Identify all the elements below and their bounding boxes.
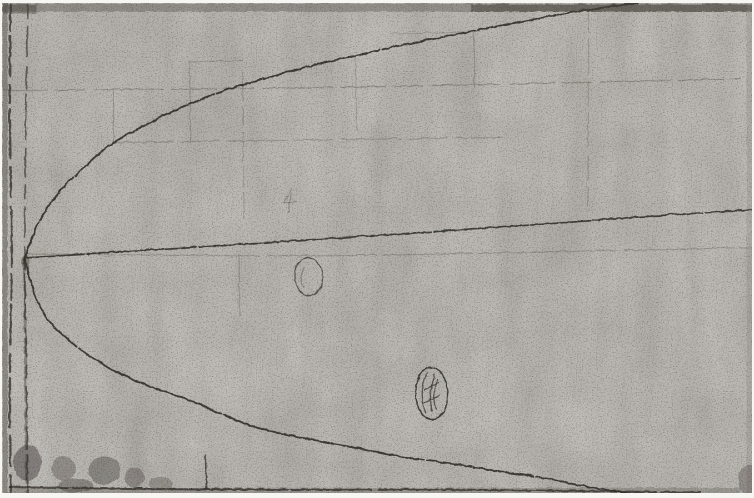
scan-margin	[0, 0, 754, 3]
scanned-figure	[0, 0, 754, 498]
halftone-grain-layer	[0, 0, 754, 498]
scan-page	[0, 0, 754, 498]
scan-margin	[0, 493, 754, 498]
scan-margin	[0, 0, 2, 498]
